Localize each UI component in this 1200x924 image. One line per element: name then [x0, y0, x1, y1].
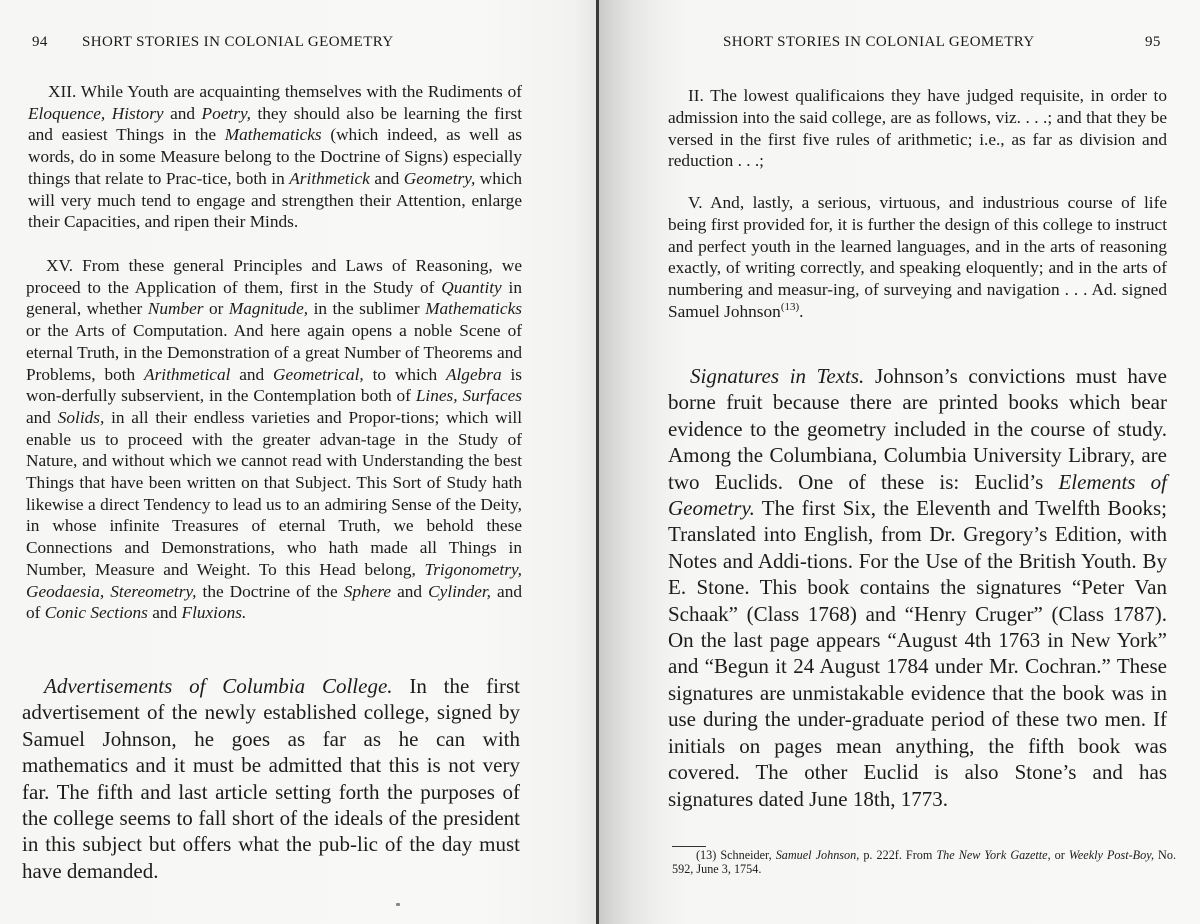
- italic-text: Samuel Johnson,: [776, 848, 860, 862]
- footnote-reference: (13): [781, 301, 799, 313]
- paragraph-xii: XII. While Youth are acquainting themsel…: [28, 81, 522, 233]
- italic-text: Mathematicks: [225, 125, 322, 144]
- paragraph-xv: XV. From these general Principles and La…: [26, 255, 522, 624]
- running-head-title: SHORT STORIES IN COLONIAL GEOMETRY: [82, 34, 394, 51]
- italic-text: Magnitude,: [229, 299, 308, 318]
- italic-text: Algebra: [446, 365, 502, 384]
- quote-text: XV. From these general Principles and La…: [26, 255, 522, 624]
- italic-text: Cylinder,: [428, 582, 491, 601]
- running-head-title: SHORT STORIES IN COLONIAL GEOMETRY: [723, 34, 1035, 51]
- body-text: Signatures in Texts. Johnson’s convictio…: [668, 363, 1167, 812]
- italic-text: Poetry,: [202, 104, 251, 123]
- italic-text: Fluxions.: [182, 603, 247, 622]
- quote-text: V. And, lastly, a serious, virtuous, and…: [668, 192, 1167, 323]
- italic-text: Signatures in Texts.: [690, 364, 864, 388]
- italic-text: Eloquence, History: [28, 104, 164, 123]
- book-spread: 94 SHORT STORIES IN COLONIAL GEOMETRY XI…: [0, 0, 1200, 924]
- page-number: 95: [1145, 34, 1161, 51]
- footnote-rule: [672, 846, 706, 847]
- italic-text: Weekly Post-Boy,: [1069, 848, 1154, 862]
- italic-text: Mathematicks: [425, 299, 522, 318]
- section-advertisements-of-columbia-college: Advertisements of Columbia College. In t…: [22, 673, 520, 884]
- paragraph-v: V. And, lastly, a serious, virtuous, and…: [668, 192, 1167, 323]
- italic-text: Sphere: [344, 582, 391, 601]
- italic-text: The New York Gazette,: [936, 848, 1050, 862]
- quote-text: XII. While Youth are acquainting themsel…: [28, 81, 522, 233]
- footnote-13: (13) Schneider, Samuel Johnson, p. 222f.…: [672, 849, 1176, 876]
- quote-text: II. The lowest qualificaions they have j…: [668, 85, 1167, 172]
- italic-text: Solids,: [58, 408, 105, 427]
- paper-speck: [396, 903, 400, 906]
- italic-text: Lines,: [416, 386, 458, 405]
- page-number: 94: [32, 34, 48, 51]
- italic-text: Geometry,: [404, 169, 476, 188]
- italic-text: Elements of Geometry.: [668, 470, 1167, 520]
- italic-text: Arithmetick: [289, 169, 370, 188]
- italic-text: Quantity: [441, 278, 501, 297]
- italic-text: Geometrical,: [273, 365, 364, 384]
- italic-text: Conic Sections: [45, 603, 148, 622]
- paragraph-ii: II. The lowest qualificaions they have j…: [668, 85, 1167, 172]
- italic-text: Surfaces: [462, 386, 522, 405]
- body-text: Advertisements of Columbia College. In t…: [22, 673, 520, 884]
- italic-text: Number: [148, 299, 204, 318]
- italic-text: Arithmetical: [144, 365, 230, 384]
- left-page: 94 SHORT STORIES IN COLONIAL GEOMETRY XI…: [0, 0, 597, 924]
- italic-text: Advertisements of Columbia College.: [44, 674, 393, 698]
- section-signatures-in-texts: Signatures in Texts. Johnson’s convictio…: [668, 363, 1167, 812]
